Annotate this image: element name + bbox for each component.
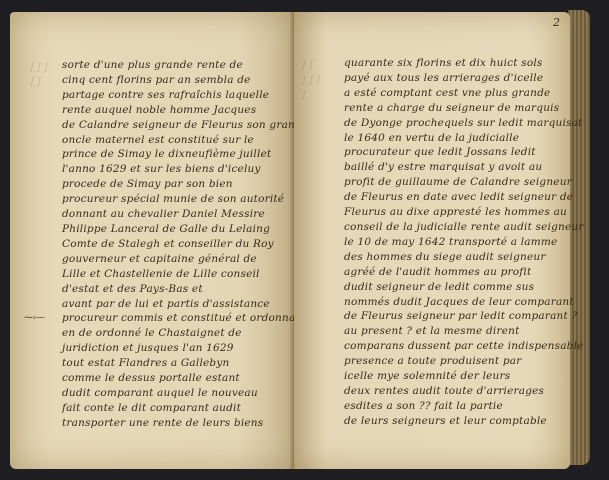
- manuscript-line: de leurs seigneurs et leur comptable: [344, 414, 584, 429]
- manuscript-line: juridiction et jusques l'an 1629: [62, 341, 315, 356]
- manuscript-line: rente auquel noble homme Jacques: [62, 103, 315, 118]
- manuscript-line: Philippe Lanceral de Galle du Lelaing: [62, 222, 315, 237]
- manuscript-line: presence a toute produisent par: [344, 354, 584, 369]
- manuscript-line: Fleurus au dixe appresté les hommes au: [344, 205, 584, 220]
- manuscript-line: de Fleurus seigneur par ledit comparant …: [344, 309, 584, 324]
- manuscript-line: procureur commis et constitué et ordonna…: [62, 311, 315, 326]
- right-page: 2 ꟾ ꟾꟾ ꟾ ꟾꟾ quarante six florins et dix …: [294, 12, 570, 469]
- manuscript-line: conseil de la judicialle rente audit sei…: [344, 220, 584, 235]
- manuscript-line: de Calandre seigneur de Fleurus son gran…: [62, 118, 315, 133]
- manuscript-line: icelle mye solemnité der leurs: [344, 369, 584, 384]
- manuscript-line: baillé d'y estre marquisat y avoit au: [344, 160, 584, 175]
- manuscript-line: oncle maternel est constitué sur le: [62, 133, 315, 148]
- manuscript-line: dudit seigneur de ledit comme sus: [344, 280, 584, 295]
- manuscript-line: a esté comptant cest vne plus grande: [344, 86, 584, 101]
- manuscript-line: nommés dudit Jacques de leur comparant: [344, 295, 584, 310]
- manuscript-line: d'estat et des Pays-Bas et: [62, 282, 315, 297]
- manuscript-line: deux rentes audit toute d'arrierages: [344, 384, 584, 399]
- manuscript-line: de Fleurus en date avec ledit seigneur d…: [344, 190, 584, 205]
- manuscript-line: Comte de Stalegh et conseiller du Roy: [62, 237, 315, 252]
- right-page-text: quarante six florins et dix huict sols p…: [344, 56, 584, 429]
- manuscript-line: procurateur que ledit Jossans ledit: [344, 145, 584, 160]
- manuscript-line: fait conte le dit comparant audit: [62, 401, 315, 416]
- manuscript-line: comparans dussent par cette indispensabl…: [344, 339, 584, 354]
- manuscript-line: comme le dessus portalle estant: [62, 371, 315, 386]
- manuscript-line: quarante six florins et dix huict sols: [344, 56, 584, 71]
- manuscript-line: transporter une rente de leurs biens: [62, 416, 315, 431]
- manuscript-line: en de ordonné le Chastaignet de: [62, 326, 315, 341]
- manuscript-line: agréé de l'audit hommes au profit: [344, 265, 584, 280]
- manuscript-line: partage contre ses rafraîchis laquelle: [62, 88, 315, 103]
- manuscript-line: au present ? et la mesme dirent: [344, 324, 584, 339]
- manuscript-line: le 10 de may 1642 transporté a lamme: [344, 235, 584, 250]
- manuscript-line: gouverneur et capitaine général de: [62, 252, 315, 267]
- manuscript-line: de Dyonge prochequels sur ledit marquisa…: [344, 116, 584, 131]
- open-manuscript: ꟾ ꟾ ꟾꟾ ꟾ sorte d'une plus grande rente d…: [0, 0, 609, 480]
- folio-number: 2: [553, 16, 560, 29]
- bleed-through-text: ꟾ ꟾꟾ ꟾ ꟾꟾ: [302, 60, 320, 105]
- manuscript-line: l'anno 1629 et sur les biens d'iceluy: [62, 162, 315, 177]
- manuscript-line: donnant au chevalier Daniel Messire: [62, 207, 315, 222]
- manuscript-line: payé aux tous les arrierages d'icelle: [344, 71, 584, 86]
- manuscript-line: cinq cent florins par an sembla de: [62, 73, 315, 88]
- manuscript-line: rente a charge du seigneur de marquis: [344, 101, 584, 116]
- manuscript-line: procureur spécial munie de son autorité: [62, 192, 315, 207]
- manuscript-line: sorte d'une plus grande rente de: [62, 58, 315, 73]
- bleed-through-text: ꟾ ꟾ ꟾꟾ ꟾ: [30, 62, 48, 92]
- manuscript-line: avant par de lui et partis d'assistance: [62, 297, 315, 312]
- margin-flourish: ⁓⸗—: [24, 312, 45, 323]
- manuscript-line: tout estat Flandres a Gallebyn: [62, 356, 315, 371]
- manuscript-line: le 1640 en vertu de la judicialle: [344, 131, 584, 146]
- manuscript-line: procede de Simay par son bien: [62, 177, 315, 192]
- left-page: ꟾ ꟾ ꟾꟾ ꟾ sorte d'une plus grande rente d…: [10, 12, 294, 469]
- manuscript-line: profit de guillaume de Calandre seigneur: [344, 175, 584, 190]
- manuscript-line: esdites a son ?? fait la partie: [344, 399, 584, 414]
- manuscript-line: Lille et Chastellenie de Lille conseil: [62, 267, 315, 282]
- manuscript-line: dudit comparant auquel le nouveau: [62, 386, 315, 401]
- left-page-text: sorte d'une plus grande rente de cinq ce…: [62, 58, 315, 431]
- manuscript-line: prince de Simay le dixneufième juillet: [62, 147, 315, 162]
- manuscript-line: des hommes du siege audit seigneur: [344, 250, 584, 265]
